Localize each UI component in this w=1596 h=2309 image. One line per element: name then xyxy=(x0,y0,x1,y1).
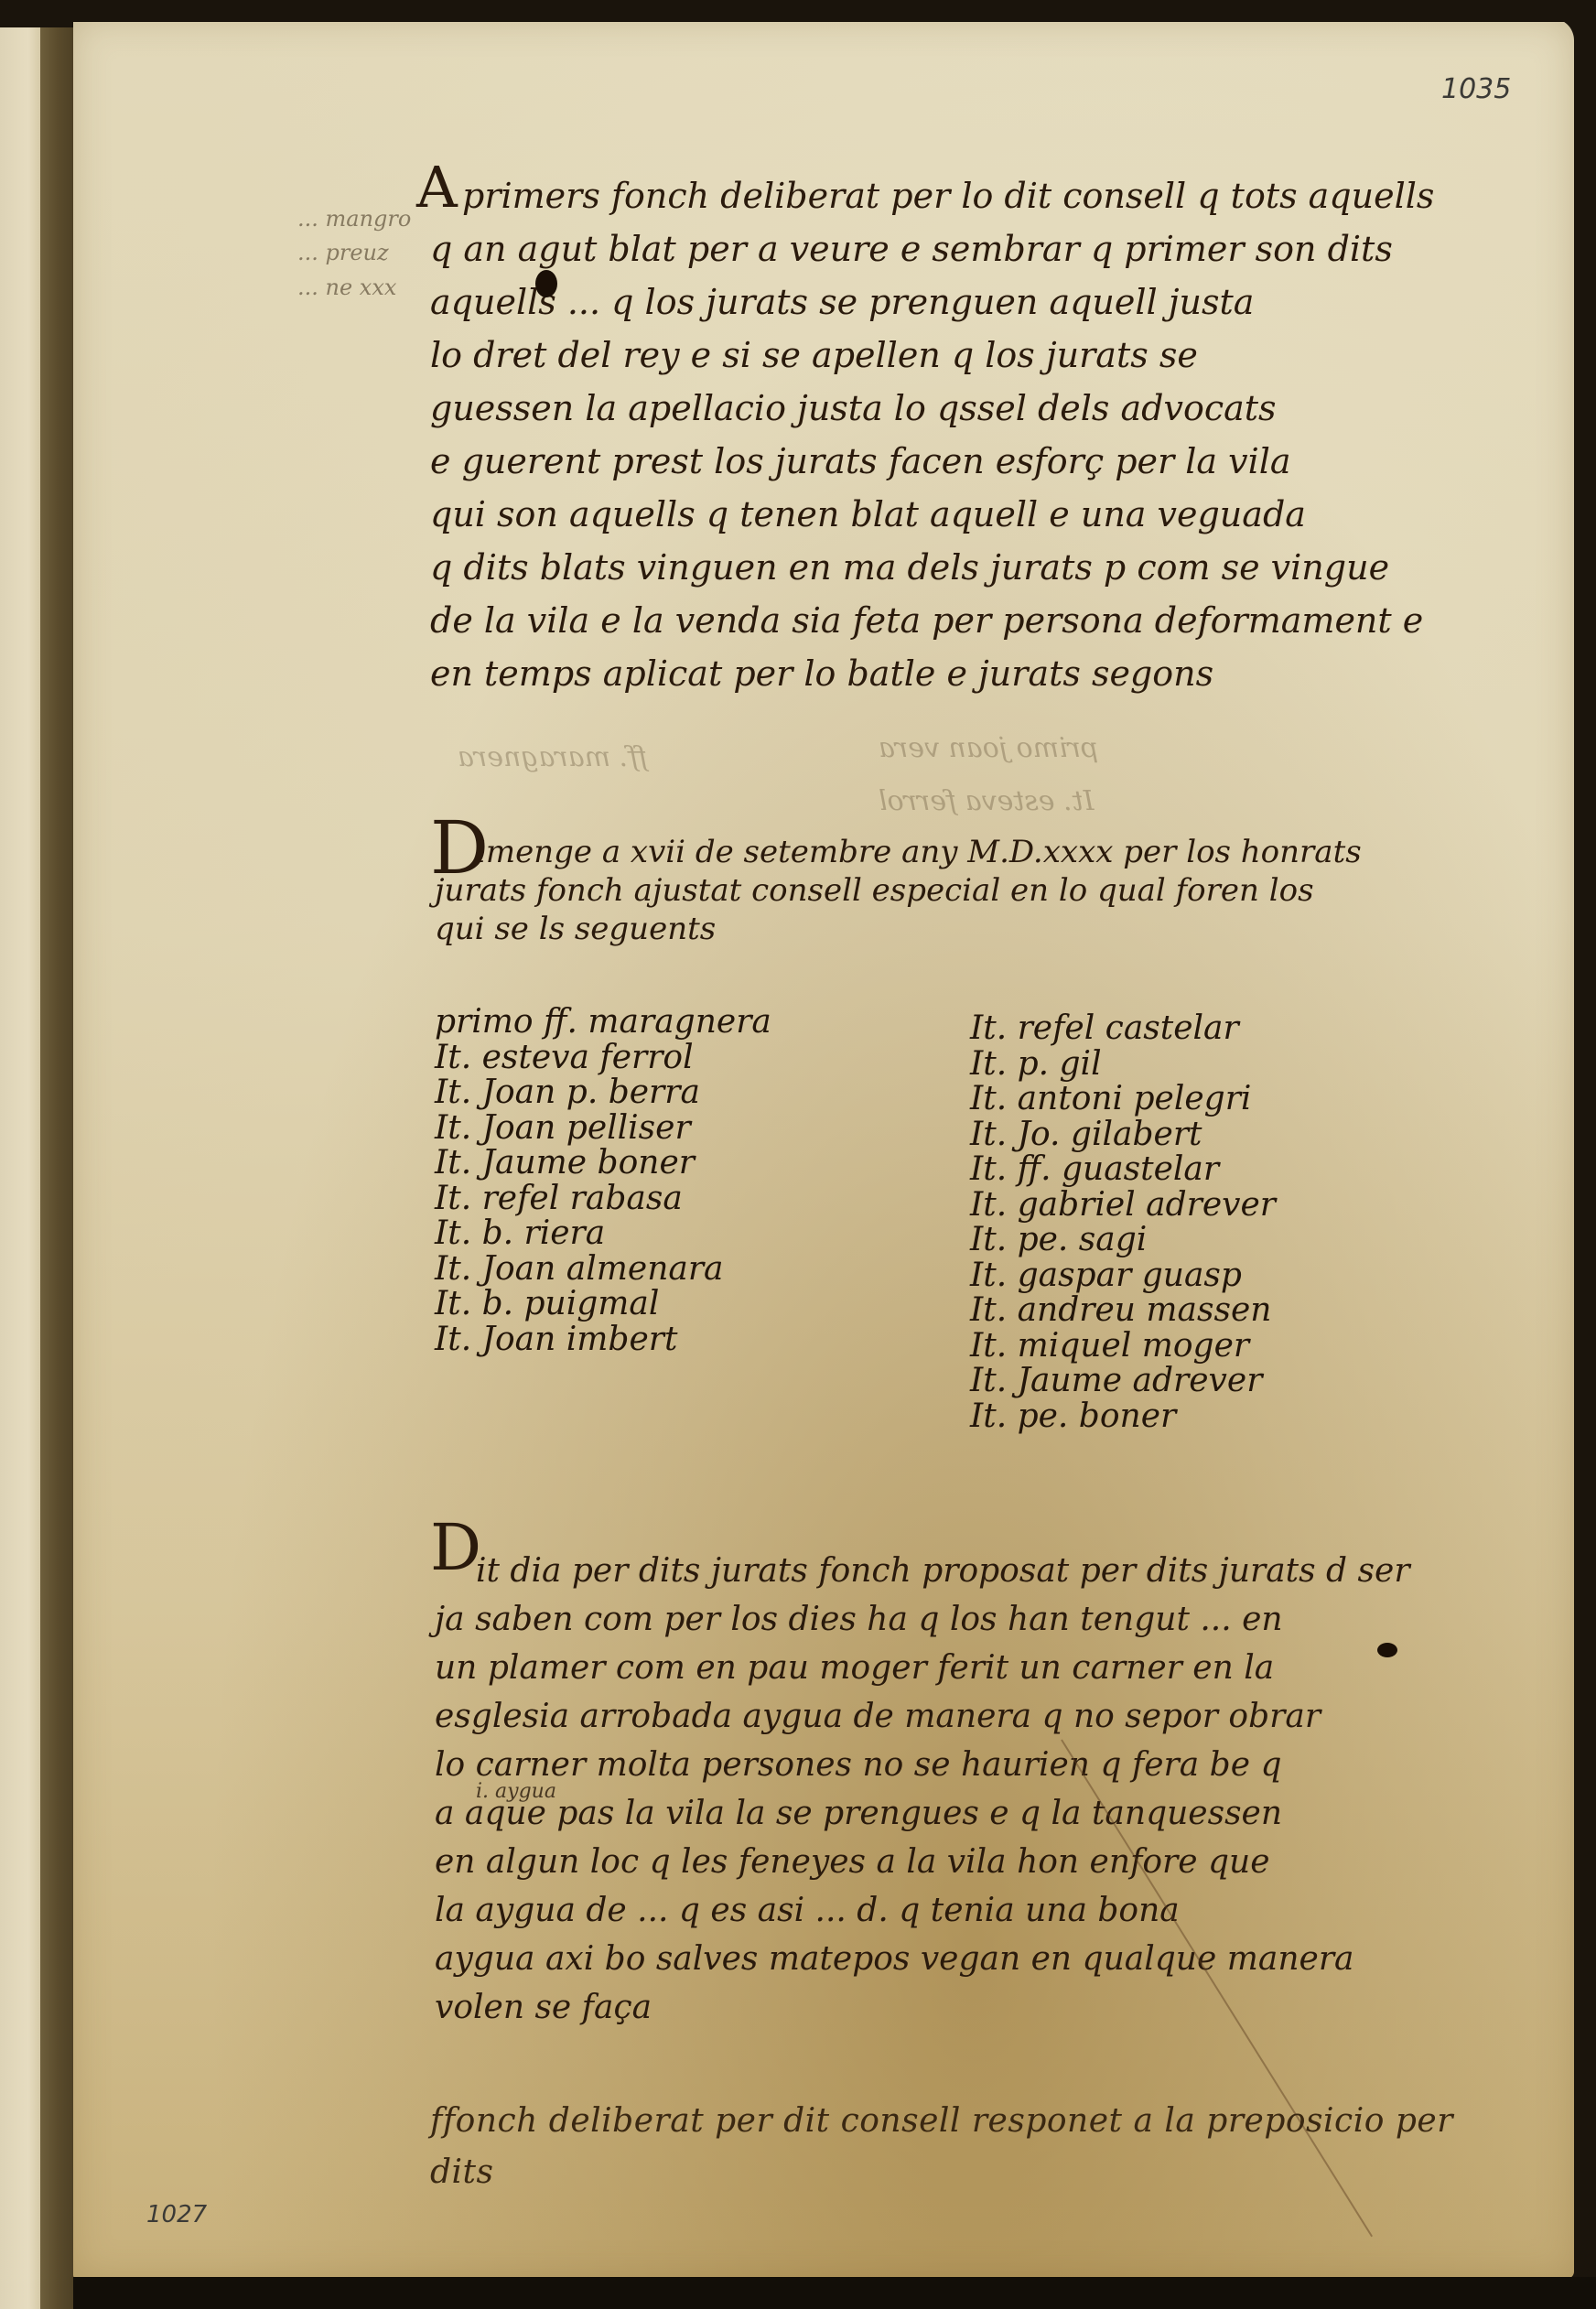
attendee-name: It. Joan almenara xyxy=(435,1252,771,1288)
attendee-name: It. esteva ferrol xyxy=(435,1041,771,1076)
text-line: la aygua de ... q es asi ... d. q tenia … xyxy=(435,1886,1410,1935)
text-line: de la vila e la venda sia feta per perso… xyxy=(430,594,1434,647)
text-line: imenge a xvii de setembre any M.D.xxxx p… xyxy=(476,833,1362,871)
bleed-through-line: It. esteva ferrol xyxy=(879,785,1095,817)
text-line: en algun loc q les feneyes a la vila hon… xyxy=(435,1838,1410,1886)
attendee-name: It. miquel moger xyxy=(970,1329,1276,1365)
attendee-list-right: It. refel castelar It. p. gil It. antoni… xyxy=(970,1011,1276,1434)
text-line: a aque pas la vila la se prengues e q la… xyxy=(435,1789,1410,1838)
attendee-name: It. pe. boner xyxy=(970,1399,1276,1435)
attendee-name: It. gaspar guasp xyxy=(970,1258,1276,1294)
margin-bleed-line: ... preuz xyxy=(297,240,389,265)
text-line: qui se ls seguents xyxy=(435,910,1362,948)
attendee-name: It. p. gil xyxy=(970,1047,1276,1083)
text-line: q an agut blat per a veure e sembrar q p… xyxy=(430,222,1434,275)
text-line: volen se faça xyxy=(435,1983,1410,2032)
top-background-edge xyxy=(73,0,1596,22)
attendee-name: It. Jo. gilabert xyxy=(970,1117,1276,1153)
text-line: un plamer com en pau moger ferit un carn… xyxy=(435,1644,1410,1692)
attendee-name: It. antoni pelegri xyxy=(970,1082,1276,1117)
attendee-name: It. b. puigmal xyxy=(435,1287,771,1322)
manuscript-scan: 1035 1027 ... mangro ... preuz ... ne xx… xyxy=(0,0,1596,2309)
attendee-name: It. Jaume boner xyxy=(435,1146,771,1181)
folio-number-bottom: 1027 xyxy=(146,2201,207,2228)
paragraph-3-text: it dia per dits jurats fonch proposat pe… xyxy=(476,1547,1410,2032)
text-line: qui son aquells q tenen blat aquell e un… xyxy=(430,488,1434,541)
attendee-name: It. Joan pelliser xyxy=(435,1111,771,1147)
attendee-list-left: primo ff. maragnera It. esteva ferrol It… xyxy=(435,1005,771,1357)
bleed-through-line: ff. maragnera xyxy=(458,741,647,773)
text-line: guessen la apellacio justa lo qssel dels… xyxy=(430,382,1434,435)
initial-letter: D xyxy=(430,1510,481,1585)
attendee-name: primo ff. maragnera xyxy=(435,1005,771,1041)
text-line: lo carner molta persones no se haurien q… xyxy=(435,1741,1410,1789)
folio-number-top: 1035 xyxy=(1441,73,1511,105)
attendee-name: It. b. riera xyxy=(435,1216,771,1252)
attendee-name: It. Jaume adrever xyxy=(970,1364,1276,1399)
text-line: lo dret del rey e si se apellen q los ju… xyxy=(430,329,1434,382)
paragraph-1-text: primers fonch deliberat per lo dit conse… xyxy=(462,169,1434,700)
text-line: e guerent prest los jurats facen esforç … xyxy=(430,435,1434,488)
attendee-name: It. Joan imbert xyxy=(435,1322,771,1358)
resolution-text: ffonch deliberat per dit consell respone… xyxy=(430,2096,1519,2198)
bleed-through-line: primo joan vera xyxy=(879,732,1098,764)
attendee-name: It. gabriel adrever xyxy=(970,1188,1276,1224)
attendee-name: It. andreu massen xyxy=(970,1293,1276,1329)
attendee-name: It. ff. guastelar xyxy=(970,1152,1276,1188)
paragraph-2-text: imenge a xvii de setembre any M.D.xxxx p… xyxy=(476,833,1362,948)
bottom-background-edge xyxy=(73,2277,1596,2309)
text-line: en temps aplicat per lo batle e jurats s… xyxy=(430,647,1434,700)
attendee-name: It. refel rabasa xyxy=(435,1181,771,1217)
ink-blot xyxy=(1377,1643,1397,1657)
attendee-name: It. pe. sagi xyxy=(970,1223,1276,1258)
ink-blot xyxy=(535,270,557,297)
text-line: aquells ... q los jurats se prenguen aqu… xyxy=(430,275,1434,329)
attendee-name: It. Joan p. berra xyxy=(435,1075,771,1111)
text-line: ja saben com per los dies ha q los han t… xyxy=(435,1595,1410,1644)
text-line: aygua axi bo salves matepos vegan en qua… xyxy=(435,1935,1410,1983)
text-line: primers fonch deliberat per lo dit conse… xyxy=(462,169,1434,222)
margin-bleed-line: ... ne xxx xyxy=(297,275,396,300)
binding-gutter xyxy=(40,27,75,2309)
text-line: jurats fonch ajustat consell especial en… xyxy=(435,871,1362,910)
text-line: q dits blats vinguen en ma dels jurats p… xyxy=(430,541,1434,594)
initial-letter: A xyxy=(416,154,458,221)
attendee-name: It. refel castelar xyxy=(970,1011,1276,1047)
text-line: it dia per dits jurats fonch proposat pe… xyxy=(476,1547,1410,1595)
text-line: esglesia arrobada aygua de manera q no s… xyxy=(435,1692,1410,1741)
previous-page-edge xyxy=(0,27,40,2309)
margin-bleed-line: ... mangro xyxy=(297,206,411,232)
